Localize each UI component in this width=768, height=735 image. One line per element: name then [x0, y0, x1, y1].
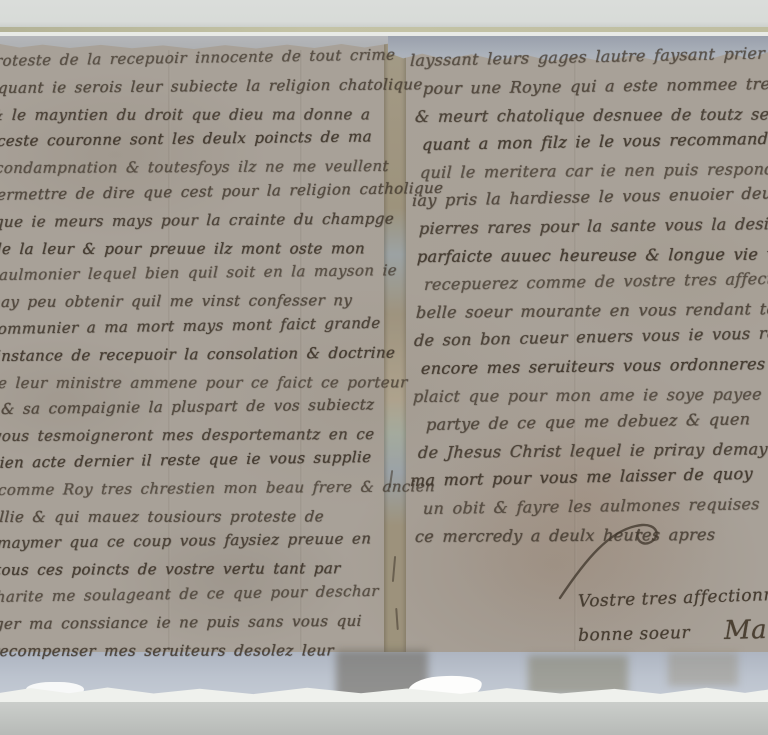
signature-line: Vostre tres affectionnee [578, 584, 768, 612]
manuscript-line: instance de recepuoir la consolation & d… [0, 339, 453, 370]
manuscript-line: que ie meurs mays pour la crainte du cha… [0, 205, 451, 236]
manuscript-line: ger ma conssiance ie ne puis sans vous q… [0, 607, 451, 638]
manuscript-line: permettre de dire que cest pour la relig… [0, 175, 444, 209]
manuscript-line: aulmonier lequel bien quil soit en la ma… [0, 257, 456, 289]
manuscript-line: communier a ma mort mays mont faict gran… [0, 309, 446, 343]
signature-block: Vostre tres affectionnee bonne soeurMa [578, 588, 768, 647]
left-page-text: proteste de la recepuoir innocente de to… [0, 48, 441, 664]
manuscript-line: pierres rares pour la sante vous la desi… [418, 209, 768, 243]
manuscript-line: quant ie serois leur subiecte la religio… [0, 71, 455, 102]
manuscript-line: recompenser mes seruiteurs desolez leur [0, 637, 449, 665]
manuscript-line: encore mes seruiteurs vous ordonneres si… [420, 349, 768, 383]
right-page-text: layssant leurs gages lautre faysant prie… [410, 47, 768, 551]
manuscript-line: comme Roy tres chrestien mon beau frere … [0, 473, 455, 504]
edge-smudge [668, 652, 738, 686]
frame-gap-line [0, 32, 768, 36]
letter-photograph: proteste de la recepuoir innocente de to… [0, 0, 768, 735]
manuscript-line: maymer qua ce coup vous faysiez preuue e… [0, 525, 454, 557]
signature-closing: bonne soeur [578, 623, 691, 646]
manuscript-line: ceste couronne sont les deulx poincts de… [0, 123, 454, 155]
manuscript-line: & sa compaignie la pluspart de vos subie… [0, 391, 457, 423]
edge-smudge [528, 655, 628, 695]
signature-initial: Ma [724, 615, 768, 646]
manuscript-line: pour une Royne qui a este nommee tres ch… [422, 69, 768, 103]
manuscript-line: mien acte dernier il reste que ie vous s… [0, 443, 442, 477]
signature-line: bonne soeurMa [578, 614, 768, 650]
frame-mat-bottom [0, 702, 768, 735]
manuscript-line: proteste de la recepuoir innocente de to… [0, 41, 442, 75]
manuscript-line: charite me soulageant de ce que pour des… [0, 577, 444, 611]
frame-mat-top [0, 0, 768, 27]
